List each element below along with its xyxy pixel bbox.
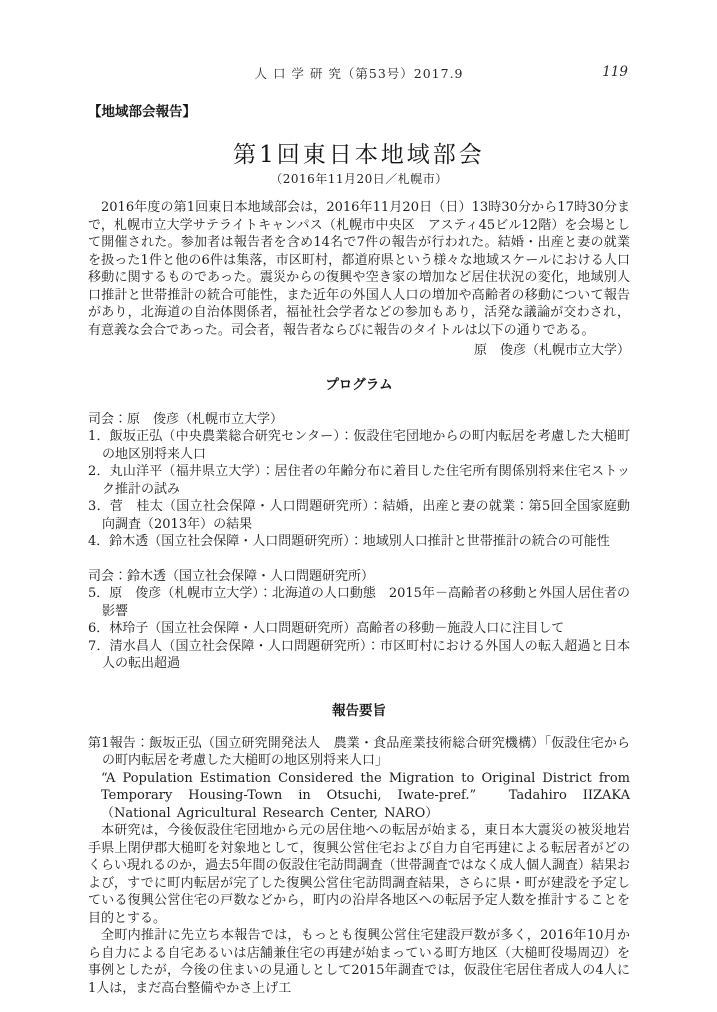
section-label: 【地域部会報告】 <box>88 100 630 120</box>
report-1-abstract: 第1報告：飯坂正弘（国立研究開発法人 農業・食品産業技術総合研究機構）「仮設住宅… <box>88 735 630 998</box>
program-item: 5．原 俊彦（札幌市立大学）：北海道の人口動態 2015年－高齢者の移動と外国人… <box>88 585 630 620</box>
program-item: 3．菅 桂太（国立社会保障・人口問題研究所）：結婚，出産と妻の就業：第5回全国家… <box>88 498 630 533</box>
document-page: 人 口 学 研 究（第53号）2017.9 119 【地域部会報告】 第1回東日… <box>0 0 717 1012</box>
session-chair: 司会：鈴木透（国立社会保障・人口問題研究所） <box>88 568 630 586</box>
report-paragraph: 全町内推計に先立ち本報告では，もっとも復興公営住宅建設戸数が多く，2016年10… <box>88 927 630 997</box>
program-item: 6．林玲子（国立社会保障・人口問題研究所）高齢者の移動－施設人口に注目して <box>88 620 630 638</box>
program-item: 7．清水昌人（国立社会保障・人口問題研究所）：市区町村における外国人の転入超過と… <box>88 638 630 673</box>
running-head: 人 口 学 研 究（第53号）2017.9 119 <box>88 64 630 81</box>
report-paragraph: 本研究は，今後仮設住宅団地から元の居住地への転居が始まる，東日本大震災の被災地岩… <box>88 822 630 927</box>
journal-title: 人 口 学 研 究（第53号）2017.9 <box>254 66 463 81</box>
report-title-line: 第1報告：飯坂正弘（国立研究開発法人 農業・食品産業技術総合研究機構）「仮設住宅… <box>88 735 630 770</box>
program-session-1: 司会：原 俊彦（札幌市立大学） 1．飯坂正弘（中央農業総合研究センター）：仮設住… <box>88 411 630 551</box>
page-number: 119 <box>602 64 628 80</box>
abstracts-heading: 報告要旨 <box>88 699 630 719</box>
report-english-title: “A Population Estimation Considered the … <box>88 770 630 823</box>
author-signature: 原 俊彦（札幌市立大学） <box>88 342 630 360</box>
program-item: 2．丸山洋平（福井県立大学）：居住者の年齢分布に着目した住宅所有関係別将来住宅ス… <box>88 463 630 498</box>
program-heading: プログラム <box>88 373 630 393</box>
program-item: 4．鈴木透（国立社会保障・人口問題研究所）：地域別人口推計と世帯推計の統合の可能… <box>88 533 630 551</box>
program-item: 1．飯坂正弘（中央農業総合研究センター）：仮設住宅団地からの町内転居を考慮した大… <box>88 428 630 463</box>
document-subtitle: （2016年11月20日／札幌市） <box>88 170 630 187</box>
program-session-2: 司会：鈴木透（国立社会保障・人口問題研究所） 5．原 俊彦（札幌市立大学）：北海… <box>88 568 630 673</box>
document-title: 第1回東日本地域部会 <box>88 136 630 169</box>
session-chair: 司会：原 俊彦（札幌市立大学） <box>88 411 630 429</box>
intro-paragraph: 2016年度の第1回東日本地域部会は，2016年11月20日（日）13時30分か… <box>88 199 630 339</box>
